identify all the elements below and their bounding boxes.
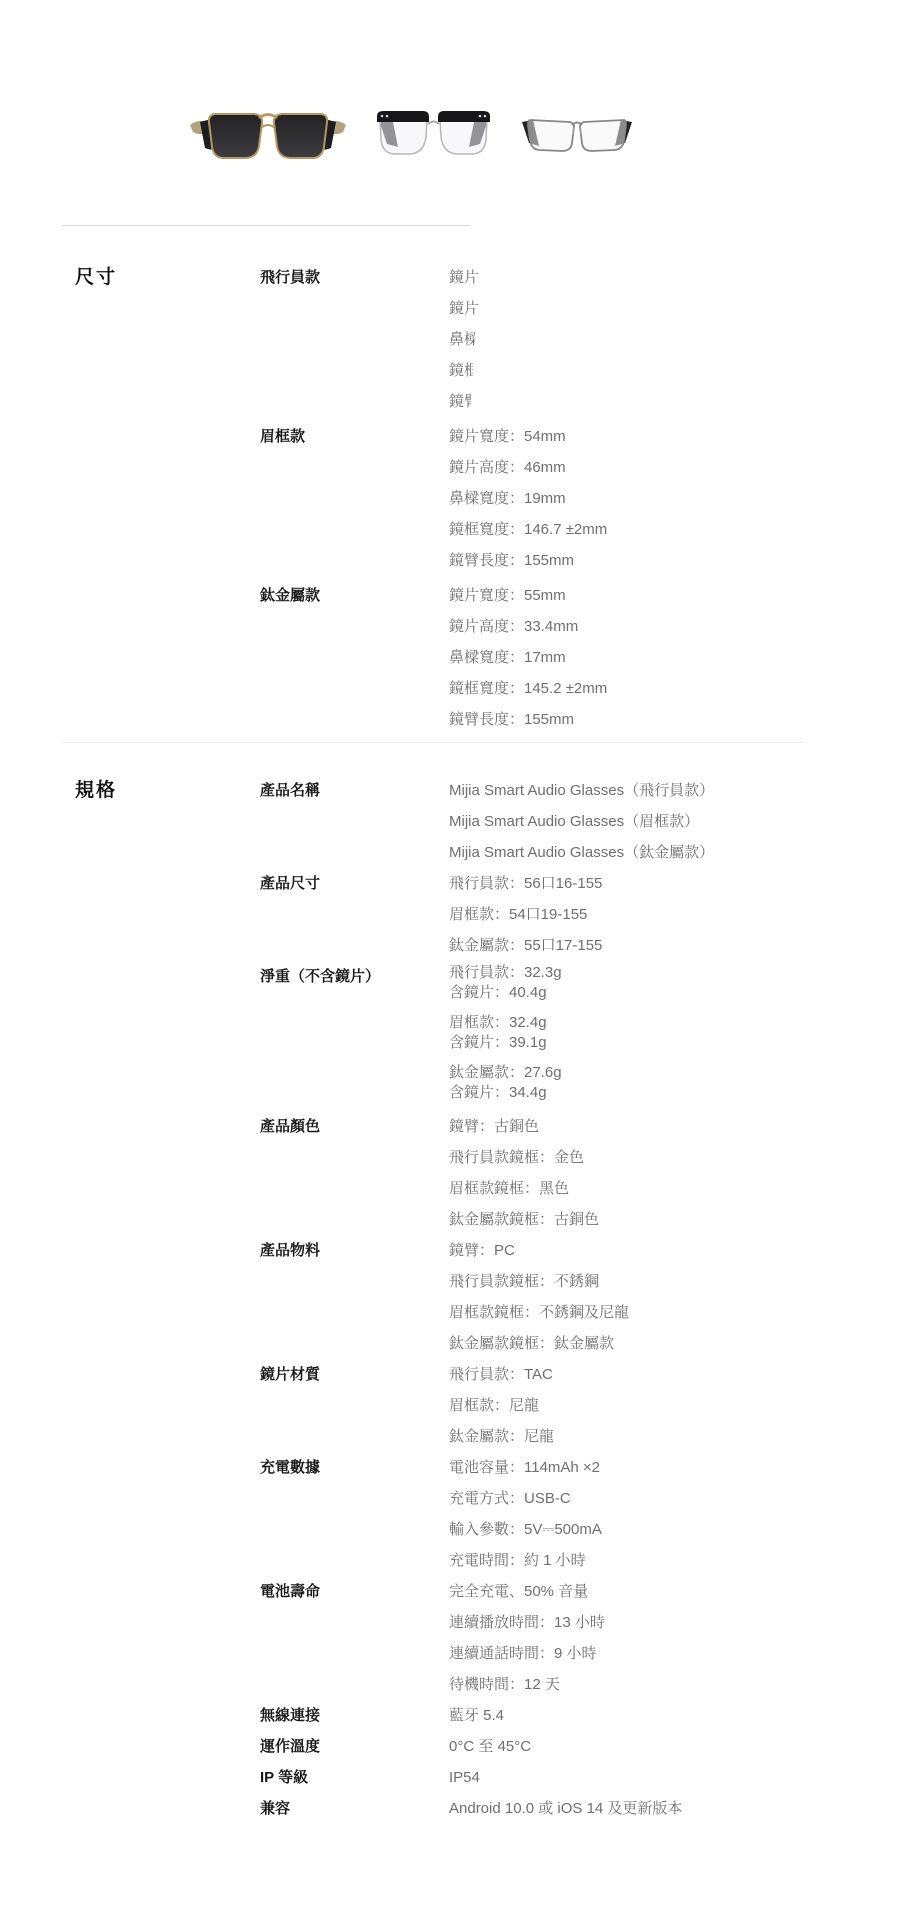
spec-value: 鏡臂長度：155mm: [449, 704, 865, 735]
spec-value: Android 10.0 或 iOS 14 及更新版本: [449, 1793, 865, 1824]
spec-value: 鏡臂: [449, 386, 471, 417]
titanium-glasses-image: [516, 111, 638, 161]
spec-values: 電池容量：114mAh ×2充電方式：USB-C輸入參數：5V⎓500mA充電時…: [449, 1452, 865, 1576]
spec-label: 鏡片材質: [260, 1359, 449, 1390]
browline-glasses-image: [369, 107, 498, 163]
spec-rows: 產品名稱Mijia Smart Audio Glasses（飛行員款）Mijia…: [260, 775, 865, 1824]
lens-left: [209, 114, 262, 158]
spec-value: 鏡片: [449, 262, 478, 293]
spec-value: 鏡臂長度：155mm: [449, 545, 865, 576]
spec-values: 飛行員款：32.3g含鏡片：40.4g眉框款：32.4g含鏡片：39.1g鈦金屬…: [449, 961, 865, 1111]
spec-label: 飛行員款: [260, 262, 449, 293]
aviator-glasses-image: [188, 102, 348, 164]
bridge-lower: [261, 125, 275, 128]
spec-value: 含鏡片：39.1g: [449, 1033, 865, 1053]
spec-label: IP 等級: [260, 1762, 449, 1793]
spec-value: 飛行員款鏡框：不銹鋼: [449, 1266, 865, 1297]
spec-label: 電池壽命: [260, 1576, 449, 1607]
spec-values: 飛行員款：TAC眉框款：尼龍鈦金屬款：尼龍: [449, 1359, 865, 1452]
section-title: 尺寸: [75, 262, 117, 293]
spec-value: 鈦金屬款：尼龍: [449, 1421, 865, 1452]
lens-right: [580, 120, 626, 151]
spec-value: 鏡片寬度：55mm: [449, 580, 865, 611]
section-divider: [62, 742, 803, 743]
spec-row: 電池壽命完全充電、50% 音量連續播放時間：13 小時連續通話時間：9 小時待機…: [260, 1576, 865, 1700]
spec-row: 無線連接藍牙 5.4: [260, 1700, 865, 1731]
spec-value: 含鏡片：40.4g: [449, 983, 865, 1003]
spec-value: 眉框款鏡框：不銹鋼及尼龍: [449, 1297, 865, 1328]
spec-label: 淨重（不含鏡片）: [260, 961, 449, 992]
spec-value: 鼻樑寬度：17mm: [449, 642, 865, 673]
spec-value: 鏡框寬度：146.7 ±2mm: [449, 514, 865, 545]
spec-label: 產品顏色: [260, 1111, 449, 1142]
spec-value: Mijia Smart Audio Glasses（飛行員款）: [449, 775, 865, 806]
spec-row: 鏡片材質飛行員款：TAC眉框款：尼龍鈦金屬款：尼龍: [260, 1359, 865, 1452]
product-spec-page: 尺寸飛行員款鏡片鏡片鼻樑鏡框鏡臂眉框款鏡片寬度：54mm鏡片高度：46mm鼻樑寬…: [0, 0, 900, 1918]
spec-label: 充電數據: [260, 1452, 449, 1483]
spec-values: 飛行員款：56口16-155眉框款：54口19-155鈦金屬款：55口17-15…: [449, 868, 865, 961]
spec-value: 飛行員款：56口16-155: [449, 868, 865, 899]
spec-values: 鏡片寬度：54mm鏡片高度：46mm鼻樑寬度：19mm鏡框寬度：146.7 ±2…: [449, 421, 865, 576]
section-specifications: 規格產品名稱Mijia Smart Audio Glasses（飛行員款）Mij…: [75, 775, 865, 1824]
value-pair: 眉框款：32.4g含鏡片：39.1g: [449, 1011, 865, 1061]
spec-value: 輸入參數：5V⎓500mA: [449, 1514, 865, 1545]
hinge-dot: [386, 115, 389, 118]
spec-values: Android 10.0 或 iOS 14 及更新版本: [449, 1793, 865, 1824]
spec-value: 連續通話時間：9 小時: [449, 1638, 865, 1669]
brow-bar-left: [377, 111, 429, 122]
spec-label: 無線連接: [260, 1700, 449, 1731]
bridge: [428, 122, 439, 125]
section-dimensions: 尺寸飛行員款鏡片鏡片鼻樑鏡框鏡臂眉框款鏡片寬度：54mm鏡片高度：46mm鼻樑寬…: [75, 262, 865, 739]
spec-row: IP 等級IP54: [260, 1762, 865, 1793]
lens-left: [528, 120, 574, 151]
spec-value: 眉框款鏡框：黑色: [449, 1173, 865, 1204]
spec-value: 眉框款：54口19-155: [449, 899, 865, 930]
spec-value: 電池容量：114mAh ×2: [449, 1452, 865, 1483]
spec-label: 鈦金屬款: [260, 580, 449, 611]
spec-value: 連續播放時間：13 小時: [449, 1607, 865, 1638]
spec-value: 完全充電、50% 音量: [449, 1576, 865, 1607]
lens-right: [274, 114, 327, 158]
spec-row: 運作溫度0°C 至 45°C: [260, 1731, 865, 1762]
lens-left: [380, 120, 427, 154]
spec-row: 產品顏色鏡臂：古銅色飛行員款鏡框：金色眉框款鏡框：黑色鈦金屬款鏡框：古銅色: [260, 1111, 865, 1235]
spec-value: 充電方式：USB-C: [449, 1483, 865, 1514]
spec-value: 鏡臂：PC: [449, 1235, 865, 1266]
spec-row: 兼容Android 10.0 或 iOS 14 及更新版本: [260, 1793, 865, 1824]
spec-value: 鈦金屬款鏡框：鈦金屬款: [449, 1328, 865, 1359]
spec-label: 產品名稱: [260, 775, 449, 806]
value-pair: 鈦金屬款：27.6g含鏡片：34.4g: [449, 1061, 865, 1111]
spec-row: 淨重（不含鏡片）飛行員款：32.3g含鏡片：40.4g眉框款：32.4g含鏡片：…: [260, 961, 865, 1111]
spec-row: 飛行員款鏡片鏡片鼻樑鏡框鏡臂: [260, 262, 865, 417]
spec-value: 鏡片寬度：54mm: [449, 421, 865, 452]
spec-row: 眉框款鏡片寬度：54mm鏡片高度：46mm鼻樑寬度：19mm鏡框寬度：146.7…: [260, 421, 865, 576]
spec-label: 眉框款: [260, 421, 449, 452]
hinge-dot: [479, 115, 482, 118]
spec-row: 產品物料鏡臂：PC飛行員款鏡框：不銹鋼眉框款鏡框：不銹鋼及尼龍鈦金屬款鏡框：鈦金…: [260, 1235, 865, 1359]
spec-value: 0°C 至 45°C: [449, 1731, 865, 1762]
spec-row: 產品尺寸飛行員款：56口16-155眉框款：54口19-155鈦金屬款：55口1…: [260, 868, 865, 961]
spec-label: 運作溫度: [260, 1731, 449, 1762]
spec-value: 飛行員款：32.3g: [449, 963, 865, 983]
spec-value: 含鏡片：34.4g: [449, 1083, 865, 1103]
spec-rows: 飛行員款鏡片鏡片鼻樑鏡框鏡臂眉框款鏡片寬度：54mm鏡片高度：46mm鼻樑寬度：…: [260, 262, 865, 735]
bridge: [572, 123, 582, 126]
spec-value: 鏡框: [449, 355, 473, 386]
spec-value: 鏡臂：古銅色: [449, 1111, 865, 1142]
spec-value: 眉框款：尼龍: [449, 1390, 865, 1421]
spec-values: IP54: [449, 1762, 865, 1793]
spec-value: 鼻樑寬度：19mm: [449, 483, 865, 514]
section-divider: [62, 225, 470, 226]
bridge-top-bar: [259, 115, 277, 119]
spec-value: 鈦金屬款鏡框：古銅色: [449, 1204, 865, 1235]
spec-value: 鏡片高度：33.4mm: [449, 611, 865, 642]
spec-values: 0°C 至 45°C: [449, 1731, 865, 1762]
spec-values: 鏡片鏡片鼻樑鏡框鏡臂: [449, 262, 865, 417]
spec-value: 鈦金屬款：55口17-155: [449, 930, 865, 961]
spec-value: 藍牙 5.4: [449, 1700, 865, 1731]
spec-values: 鏡臂：古銅色飛行員款鏡框：金色眉框款鏡框：黑色鈦金屬款鏡框：古銅色: [449, 1111, 865, 1235]
spec-value: 鏡片: [449, 293, 479, 324]
spec-value: IP54: [449, 1762, 865, 1793]
spec-label: 產品尺寸: [260, 868, 449, 899]
spec-value: 充電時間：約 1 小時: [449, 1545, 865, 1576]
spec-value: 鈦金屬款：27.6g: [449, 1063, 865, 1083]
spec-values: 完全充電、50% 音量連續播放時間：13 小時連續通話時間：9 小時待機時間：1…: [449, 1576, 865, 1700]
spec-value: 鼻樑: [449, 324, 475, 355]
section-title: 規格: [75, 775, 117, 806]
value-pair: 飛行員款：32.3g含鏡片：40.4g: [449, 961, 865, 1011]
spec-row: 鈦金屬款鏡片寬度：55mm鏡片高度：33.4mm鼻樑寬度：17mm鏡框寬度：14…: [260, 580, 865, 735]
spec-value: Mijia Smart Audio Glasses（鈦金屬款）: [449, 837, 865, 868]
spec-label: 兼容: [260, 1793, 449, 1824]
spec-row: 產品名稱Mijia Smart Audio Glasses（飛行員款）Mijia…: [260, 775, 865, 868]
spec-value: 鏡框寬度：145.2 ±2mm: [449, 673, 865, 704]
spec-value: 飛行員款：TAC: [449, 1359, 865, 1390]
spec-value: 待機時間：12 天: [449, 1669, 865, 1700]
spec-values: Mijia Smart Audio Glasses（飛行員款）Mijia Sma…: [449, 775, 865, 868]
hinge-dot: [381, 115, 384, 118]
spec-values: 藍牙 5.4: [449, 1700, 865, 1731]
hinge-dot: [484, 115, 487, 118]
spec-label: 產品物料: [260, 1235, 449, 1266]
spec-values: 鏡臂：PC飛行員款鏡框：不銹鋼眉框款鏡框：不銹鋼及尼龍鈦金屬款鏡框：鈦金屬款: [449, 1235, 865, 1359]
brow-bar-right: [438, 111, 490, 122]
spec-value: 鏡片高度：46mm: [449, 452, 865, 483]
spec-value: Mijia Smart Audio Glasses（眉框款）: [449, 806, 865, 837]
spec-values: 鏡片寬度：55mm鏡片高度：33.4mm鼻樑寬度：17mm鏡框寬度：145.2 …: [449, 580, 865, 735]
spec-value: 飛行員款鏡框：金色: [449, 1142, 865, 1173]
spec-row: 充電數據電池容量：114mAh ×2充電方式：USB-C輸入參數：5V⎓500m…: [260, 1452, 865, 1576]
spec-value: 眉框款：32.4g: [449, 1013, 865, 1033]
lens-right: [440, 120, 487, 154]
